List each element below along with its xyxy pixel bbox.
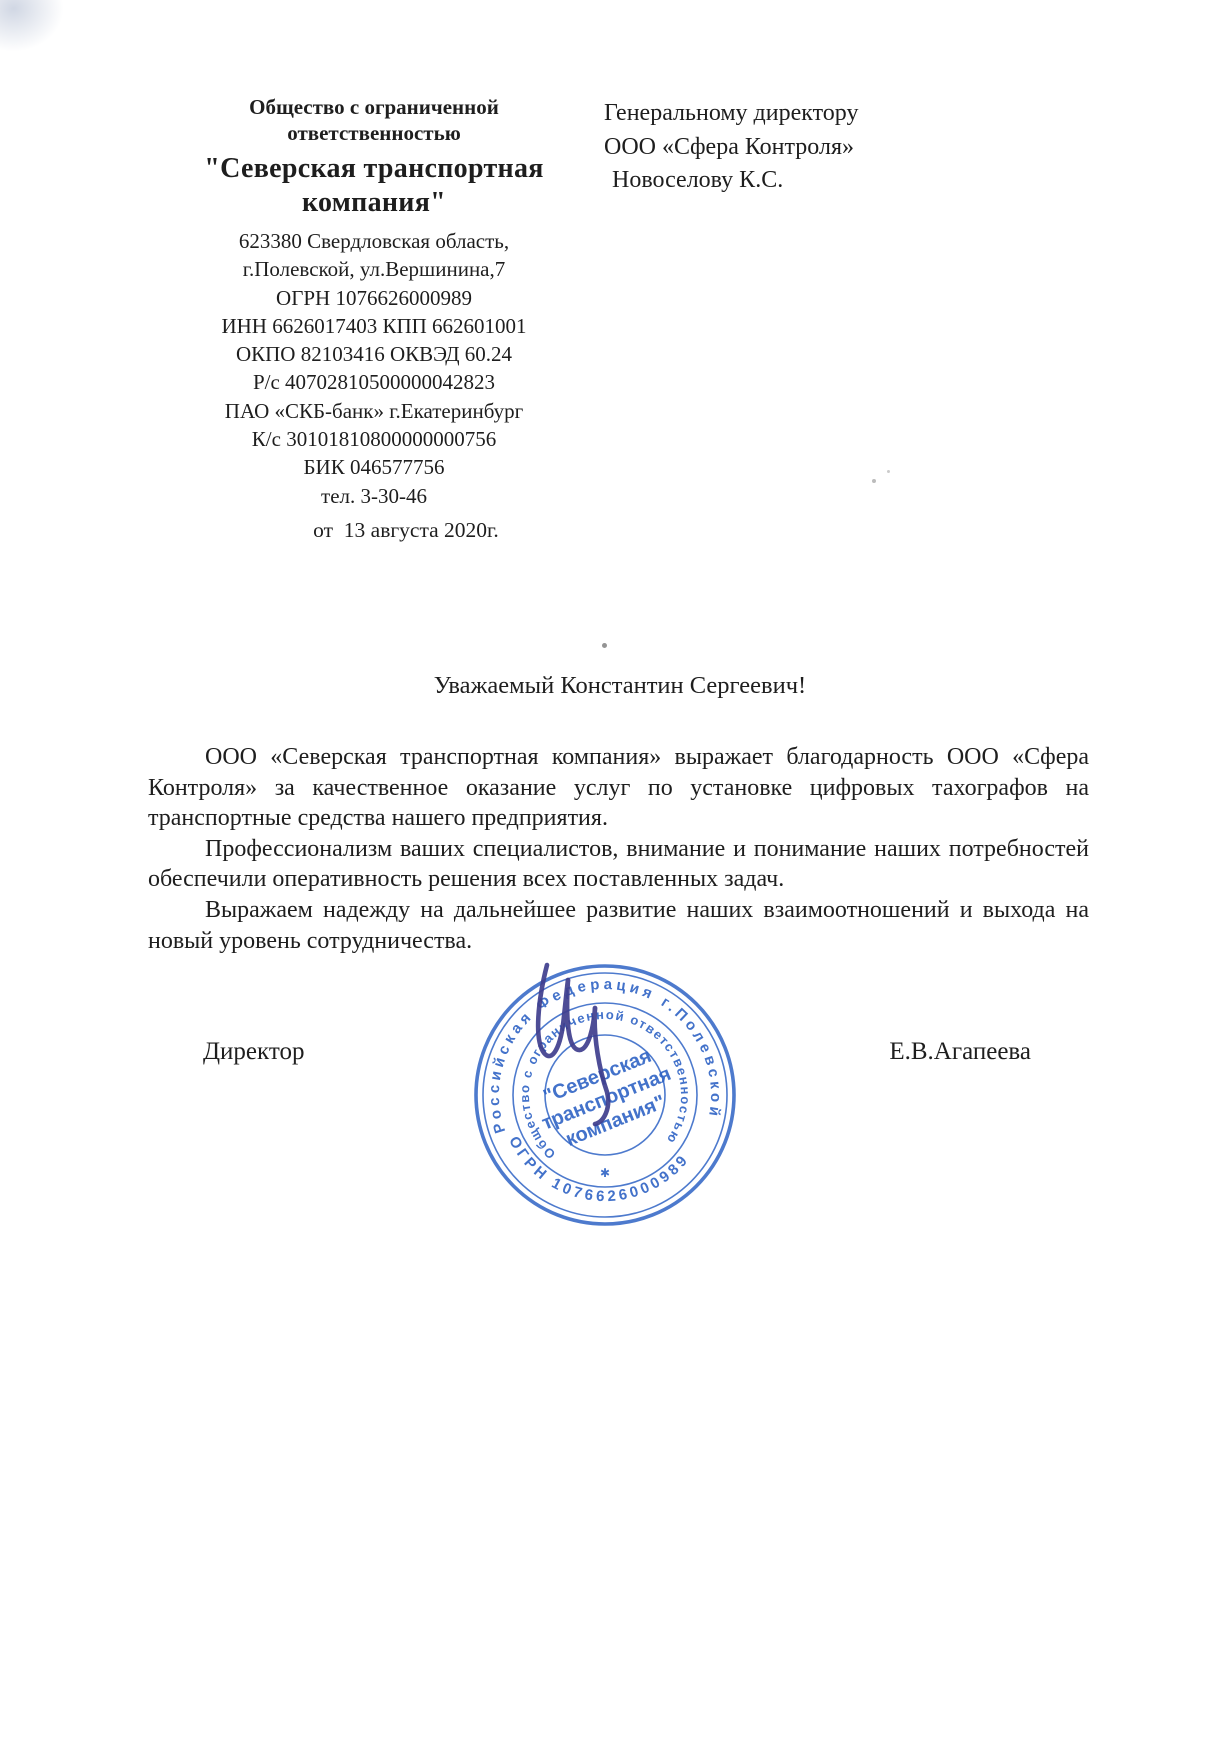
org-type-line: ответственностью	[150, 120, 598, 146]
org-detail-line: тел. 3-30-46	[150, 482, 598, 510]
signatory-title: Директор	[203, 1038, 304, 1066]
org-detail-line: ИНН 6626017403 КПП 662601001	[150, 312, 598, 340]
org-detail-line: г.Полевской, ул.Вершинина,7	[150, 255, 598, 283]
org-detail-line: ОКПО 82103416 ОКВЭД 60.24	[150, 340, 598, 368]
signatory-name: Е.В.Агапеева	[889, 1038, 1031, 1066]
recipient-line: Новоселову К.С.	[604, 164, 858, 198]
scanned-letter-page: { "colors": { "paper": "#ffffff", "text"…	[0, 0, 1229, 1755]
org-detail-line: Р/с 40702810500000042823	[150, 368, 598, 396]
scan-artifact-dot	[872, 479, 876, 483]
letter-body: ООО «Северская транспортная компания» вы…	[148, 742, 1089, 956]
salutation: Уважаемый Константин Сергеевич!	[150, 672, 1090, 700]
org-name-line: компания"	[150, 186, 598, 220]
scan-artifact-dot	[887, 470, 890, 473]
recipient-block: Генеральному директору ООО «Сфера Контро…	[604, 97, 858, 198]
stamp-separator-star: ✱	[600, 1166, 610, 1180]
org-name-line: "Северская транспортная	[150, 152, 598, 186]
body-paragraph: ООО «Северская транспортная компания» вы…	[148, 742, 1089, 834]
org-detail-line: 623380 Свердловская область,	[150, 227, 598, 255]
letterhead: Общество с ограниченной ответственностью…	[150, 94, 598, 543]
scan-artifact-dot	[602, 643, 607, 648]
org-type-line: Общество с ограниченной	[150, 94, 598, 120]
recipient-line: Генеральному директору	[604, 97, 858, 131]
org-details: 623380 Свердловская область, г.Полевской…	[150, 227, 598, 510]
org-detail-line: К/с 30101810800000000756	[150, 425, 598, 453]
scan-artifact-corner-smudge	[0, 0, 64, 52]
company-stamp: Российская Федерация г.Полевской ОГРН 10…	[450, 940, 760, 1250]
org-detail-line: ПАО «СКБ-банк» г.Екатеринбург	[150, 397, 598, 425]
org-detail-line: БИК 046577756	[150, 453, 598, 481]
body-paragraph: Профессионализм ваших специалистов, вним…	[148, 834, 1089, 895]
recipient-line: ООО «Сфера Контроля»	[604, 131, 858, 165]
org-detail-line: ОГРН 1076626000989	[150, 284, 598, 312]
letter-date: от 13 августа 2020г.	[182, 518, 630, 543]
